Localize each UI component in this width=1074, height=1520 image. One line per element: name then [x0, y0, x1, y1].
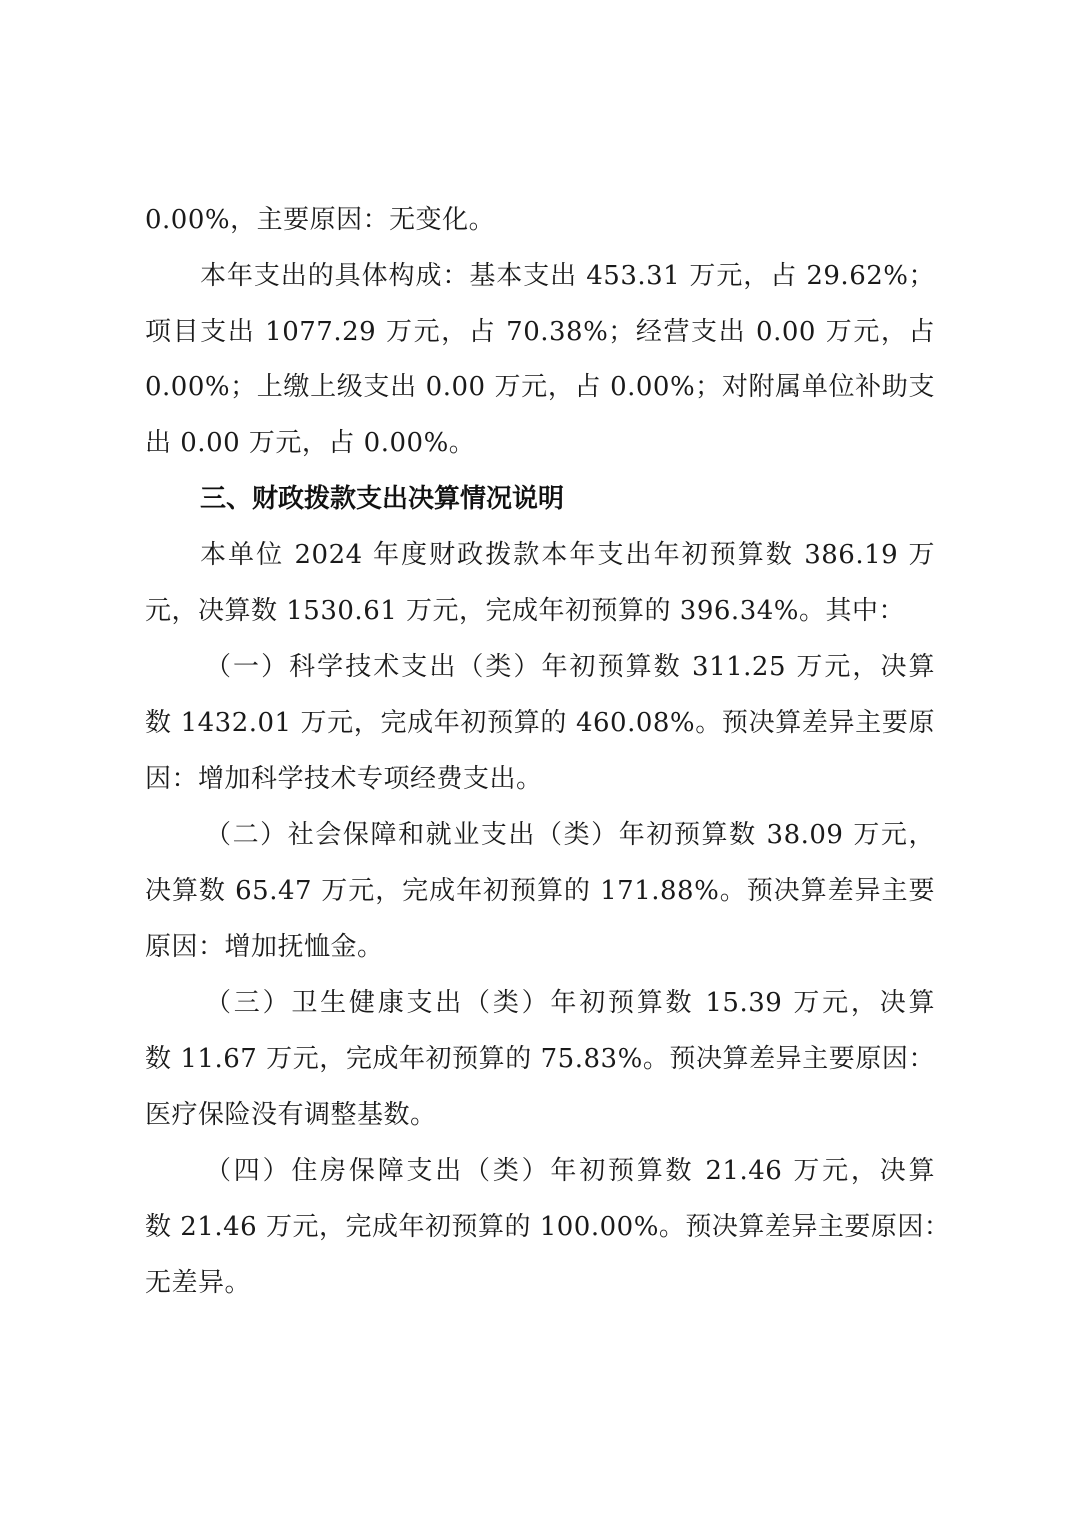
paragraph-line: 数 1432.01 万元，完成年初预算的 460.08%。预决算差异主要原: [145, 703, 935, 743]
paragraph-line: 项目支出 1077.29 万元，占 70.38%；经营支出 0.00 万元，占: [145, 312, 935, 352]
paragraph-line: 元，决算数 1530.61 万元，完成年初预算的 396.34%。其中：: [145, 591, 935, 631]
paragraph-line: （三）卫生健康支出（类）年初预算数 15.39 万元，决算: [205, 983, 935, 1023]
paragraph-line: 无差异。: [145, 1263, 935, 1303]
paragraph-line: 医疗保险没有调整基数。: [145, 1095, 935, 1135]
document-page: 0.00%，主要原因：无变化。 本年支出的具体构成：基本支出 453.31 万元…: [0, 0, 1074, 1520]
paragraph-line: 本年支出的具体构成：基本支出 453.31 万元，占 29.62%；: [200, 256, 935, 296]
paragraph-line: 因：增加科学技术专项经费支出。: [145, 759, 935, 799]
paragraph-line: （四）住房保障支出（类）年初预算数 21.46 万元，决算: [205, 1151, 935, 1191]
paragraph-line: 数 21.46 万元，完成年初预算的 100.00%。预决算差异主要原因：: [145, 1207, 935, 1247]
paragraph-line: （一）科学技术支出（类）年初预算数 311.25 万元，决算: [205, 647, 935, 687]
section-heading: 三、财政拨款支出决算情况说明: [200, 479, 564, 519]
paragraph-line: 0.00%；上缴上级支出 0.00 万元，占 0.00%；对附属单位补助支: [145, 367, 935, 407]
paragraph-line: 0.00%，主要原因：无变化。: [145, 200, 935, 240]
paragraph-line: 决算数 65.47 万元，完成年初预算的 171.88%。预决算差异主要: [145, 871, 935, 911]
paragraph-line: 本单位 2024 年度财政拨款本年支出年初预算数 386.19 万: [200, 535, 935, 575]
paragraph-line: （二）社会保障和就业支出（类）年初预算数 38.09 万元，: [205, 815, 935, 855]
paragraph-line: 原因：增加抚恤金。: [145, 927, 935, 967]
paragraph-line: 数 11.67 万元，完成年初预算的 75.83%。预决算差异主要原因：: [145, 1039, 935, 1079]
paragraph-line: 出 0.00 万元，占 0.00%。: [145, 423, 935, 463]
